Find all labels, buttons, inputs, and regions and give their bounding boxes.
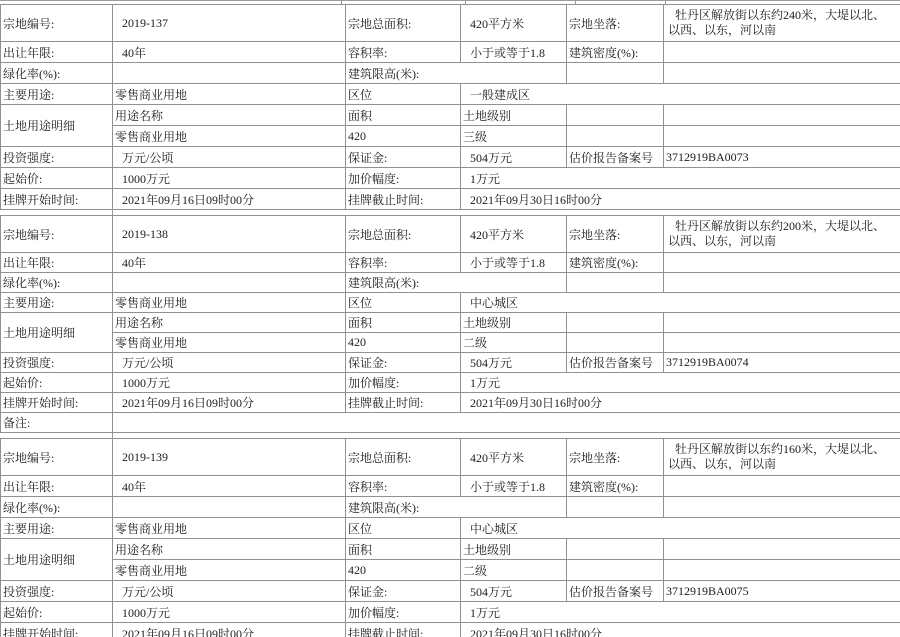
- label-area: 面积: [346, 313, 461, 333]
- label-location: 宗地坐落:: [567, 216, 664, 253]
- empty-cell: [567, 273, 664, 293]
- label-parcel-no: 宗地编号:: [1, 216, 113, 253]
- table-row: 出让年限: 40年 容积率: 小于或等于1.8 建筑密度(%):: [1, 42, 900, 63]
- value-land-grade: 二级: [461, 333, 567, 353]
- label-land-grade: 土地级别: [461, 313, 567, 333]
- value-tenure: 40年: [113, 476, 346, 497]
- table-row: 宗地编号: 2019-139 宗地总面积: 420平方米 宗地坐落: 牡丹区解放…: [1, 439, 900, 476]
- label-area: 面积: [346, 539, 461, 560]
- table-row: 投资强度: 万元/公顷 保证金: 504万元 估价报告备案号 3712919BA…: [1, 581, 900, 602]
- value-listing-end: 2021年09月30日16时00分: [461, 189, 900, 210]
- label-increment: 加价幅度:: [346, 602, 461, 623]
- table-row: 主要用途: 零售商业用地 区位 中心城区: [1, 518, 900, 539]
- table-row: 出让年限: 40年 容积率: 小于或等于1.8 建筑密度(%):: [1, 476, 900, 497]
- value-parcel-no: 2019-137: [113, 5, 346, 42]
- empty-cell: [664, 313, 900, 333]
- grid-line-stub: [112, 210, 113, 215]
- empty-cell: [664, 497, 900, 518]
- label-total-area: 宗地总面积:: [346, 216, 461, 253]
- value-listing-start: 2021年09月16日09时00分: [113, 189, 346, 210]
- table-row: 备注:: [1, 413, 900, 433]
- empty-cell: [567, 63, 664, 84]
- value-building-density: [664, 42, 900, 63]
- value-appraisal-no: 3712919BA0074: [664, 353, 900, 373]
- empty-cell: [664, 539, 900, 560]
- label-main-use: 主要用途:: [1, 84, 113, 105]
- empty-cell: [567, 126, 664, 147]
- value-plot-ratio: 小于或等于1.8: [461, 42, 567, 63]
- value-land-grade: 二级: [461, 560, 567, 581]
- value-use-name: 零售商业用地: [113, 126, 346, 147]
- label-listing-end: 挂牌截止时间:: [346, 189, 461, 210]
- table-row: 绿化率(%): 建筑限高(米):: [1, 63, 900, 84]
- value-plot-ratio: 小于或等于1.8: [461, 253, 567, 273]
- label-total-area: 宗地总面积:: [346, 439, 461, 476]
- label-main-use: 主要用途:: [1, 293, 113, 313]
- empty-cell: [567, 539, 664, 560]
- label-plot-ratio: 容积率:: [346, 476, 461, 497]
- value-building-density: [664, 253, 900, 273]
- value-plot-ratio: 小于或等于1.8: [461, 476, 567, 497]
- value-deposit: 504万元: [461, 147, 567, 168]
- label-appraisal-no: 估价报告备案号: [567, 353, 664, 373]
- label-greening-rate: 绿化率(%):: [1, 273, 113, 293]
- value-district: 中心城区: [461, 518, 900, 539]
- label-height-limit: 建筑限高(米):: [346, 273, 567, 293]
- value-total-area: 420平方米: [461, 439, 567, 476]
- label-building-density: 建筑密度(%):: [567, 42, 664, 63]
- table-row: 主要用途: 零售商业用地 区位 中心城区: [1, 293, 900, 313]
- grid-line-stub: [341, 1, 342, 4]
- value-location: 牡丹区解放街以东约240米，大堤以北、以西、以东，河以南: [664, 5, 900, 42]
- label-listing-start: 挂牌开始时间:: [1, 623, 113, 637]
- empty-cell: [664, 333, 900, 353]
- value-appraisal-no: 3712919BA0073: [664, 147, 900, 168]
- value-use-name: 零售商业用地: [113, 560, 346, 581]
- label-height-limit: 建筑限高(米):: [346, 63, 567, 84]
- table-row: 投资强度: 万元/公顷 保证金: 504万元 估价报告备案号 3712919BA…: [1, 147, 900, 168]
- label-tenure: 出让年限:: [1, 253, 113, 273]
- value-use-name: 零售商业用地: [113, 333, 346, 353]
- value-tenure: 40年: [113, 253, 346, 273]
- value-listing-end: 2021年09月30日16时00分: [461, 393, 900, 413]
- label-building-density: 建筑密度(%):: [567, 476, 664, 497]
- land-parcel-table-3: 宗地编号: 2019-139 宗地总面积: 420平方米 宗地坐落: 牡丹区解放…: [0, 438, 900, 637]
- value-increment: 1万元: [461, 168, 900, 189]
- value-total-area: 420平方米: [461, 216, 567, 253]
- value-greening-rate: [113, 497, 346, 518]
- value-use-area: 420: [346, 333, 461, 353]
- table-row: 挂牌开始时间: 2021年09月16日09时00分 挂牌截止时间: 2021年0…: [1, 393, 900, 413]
- grid-line-stub: [665, 1, 666, 4]
- label-height-limit: 建筑限高(米):: [346, 497, 567, 518]
- label-start-price: 起始价:: [1, 602, 113, 623]
- value-start-price: 1000万元: [113, 168, 346, 189]
- table-row: 起始价: 1000万元 加价幅度: 1万元: [1, 602, 900, 623]
- label-plot-ratio: 容积率:: [346, 42, 461, 63]
- empty-cell: [664, 105, 900, 126]
- table-row: 土地用途明细 用途名称 面积 土地级别: [1, 539, 900, 560]
- table-row: 绿化率(%): 建筑限高(米):: [1, 497, 900, 518]
- value-district: 中心城区: [461, 293, 900, 313]
- value-deposit: 504万元: [461, 353, 567, 373]
- label-land-grade: 土地级别: [461, 105, 567, 126]
- grid-line-stub: [575, 1, 576, 4]
- value-building-density: [664, 476, 900, 497]
- label-land-use-detail: 土地用途明细: [1, 105, 113, 147]
- cut-off-row-remnant: [0, 0, 900, 4]
- label-tenure: 出让年限:: [1, 42, 113, 63]
- block-separator: [0, 433, 900, 438]
- label-listing-end: 挂牌截止时间:: [346, 393, 461, 413]
- table-row: 投资强度: 万元/公顷 保证金: 504万元 估价报告备案号 3712919BA…: [1, 353, 900, 373]
- land-parcel-table-2: 宗地编号: 2019-138 宗地总面积: 420平方米 宗地坐落: 牡丹区解放…: [0, 215, 900, 433]
- label-increment: 加价幅度:: [346, 373, 461, 393]
- label-investment-intensity: 投资强度:: [1, 353, 113, 373]
- label-use-name: 用途名称: [113, 539, 346, 560]
- table-row: 起始价: 1000万元 加价幅度: 1万元: [1, 373, 900, 393]
- value-start-price: 1000万元: [113, 373, 346, 393]
- label-listing-start: 挂牌开始时间:: [1, 189, 113, 210]
- table-row: 土地用途明细 用途名称 面积 土地级别: [1, 313, 900, 333]
- label-parcel-no: 宗地编号:: [1, 439, 113, 476]
- label-appraisal-no: 估价报告备案号: [567, 147, 664, 168]
- label-use-name: 用途名称: [113, 313, 346, 333]
- value-listing-start: 2021年09月16日09时00分: [113, 393, 346, 413]
- empty-cell: [567, 560, 664, 581]
- label-increment: 加价幅度:: [346, 168, 461, 189]
- label-parcel-no: 宗地编号:: [1, 5, 113, 42]
- empty-cell: [664, 273, 900, 293]
- label-building-density: 建筑密度(%):: [567, 253, 664, 273]
- value-use-area: 420: [346, 126, 461, 147]
- table-row: 起始价: 1000万元 加价幅度: 1万元: [1, 168, 900, 189]
- table-row: 宗地编号: 2019-138 宗地总面积: 420平方米 宗地坐落: 牡丹区解放…: [1, 216, 900, 253]
- value-listing-end: 2021年09月30日16时00分: [461, 623, 900, 637]
- label-district: 区位: [346, 84, 461, 105]
- label-location: 宗地坐落:: [567, 5, 664, 42]
- value-remark: [113, 413, 900, 433]
- table-row: 出让年限: 40年 容积率: 小于或等于1.8 建筑密度(%):: [1, 253, 900, 273]
- value-location: 牡丹区解放街以东约200米，大堤以北、以西、以东，河以南: [664, 216, 900, 253]
- value-parcel-no: 2019-139: [113, 439, 346, 476]
- table-row: 绿化率(%): 建筑限高(米):: [1, 273, 900, 293]
- value-appraisal-no: 3712919BA0075: [664, 581, 900, 602]
- label-start-price: 起始价:: [1, 168, 113, 189]
- label-main-use: 主要用途:: [1, 518, 113, 539]
- value-investment-intensity: 万元/公顷: [113, 581, 346, 602]
- land-parcel-table-1: 宗地编号: 2019-137 宗地总面积: 420平方米 宗地坐落: 牡丹区解放…: [0, 4, 900, 210]
- label-deposit: 保证金:: [346, 353, 461, 373]
- value-greening-rate: [113, 63, 346, 84]
- value-parcel-no: 2019-138: [113, 216, 346, 253]
- value-increment: 1万元: [461, 602, 900, 623]
- value-use-area: 420: [346, 560, 461, 581]
- label-investment-intensity: 投资强度:: [1, 581, 113, 602]
- table-row: 土地用途明细 用途名称 面积 土地级别: [1, 105, 900, 126]
- empty-cell: [664, 126, 900, 147]
- value-greening-rate: [113, 273, 346, 293]
- value-main-use: 零售商业用地: [113, 84, 346, 105]
- table-row: 挂牌开始时间: 2021年09月16日09时00分 挂牌截止时间: 2021年0…: [1, 189, 900, 210]
- value-main-use: 零售商业用地: [113, 518, 346, 539]
- label-appraisal-no: 估价报告备案号: [567, 581, 664, 602]
- table-row: 宗地编号: 2019-137 宗地总面积: 420平方米 宗地坐落: 牡丹区解放…: [1, 5, 900, 42]
- table-row: 零售商业用地 420 二级: [1, 333, 900, 353]
- value-listing-start: 2021年09月16日09时00分: [113, 623, 346, 637]
- label-district: 区位: [346, 293, 461, 313]
- label-land-use-detail: 土地用途明细: [1, 313, 113, 353]
- value-tenure: 40年: [113, 42, 346, 63]
- table-row: 零售商业用地 420 三级: [1, 126, 900, 147]
- empty-cell: [664, 560, 900, 581]
- value-total-area: 420平方米: [461, 5, 567, 42]
- label-deposit: 保证金:: [346, 581, 461, 602]
- label-total-area: 宗地总面积:: [346, 5, 461, 42]
- value-location: 牡丹区解放街以东约160米，大堤以北、以西、以东，河以南: [664, 439, 900, 476]
- table-row: 挂牌开始时间: 2021年09月16日09时00分 挂牌截止时间: 2021年0…: [1, 623, 900, 637]
- label-land-grade: 土地级别: [461, 539, 567, 560]
- label-investment-intensity: 投资强度:: [1, 147, 113, 168]
- label-greening-rate: 绿化率(%):: [1, 63, 113, 84]
- label-greening-rate: 绿化率(%):: [1, 497, 113, 518]
- label-plot-ratio: 容积率:: [346, 253, 461, 273]
- value-deposit: 504万元: [461, 581, 567, 602]
- value-land-grade: 三级: [461, 126, 567, 147]
- value-investment-intensity: 万元/公顷: [113, 147, 346, 168]
- label-use-name: 用途名称: [113, 105, 346, 126]
- label-deposit: 保证金:: [346, 147, 461, 168]
- label-tenure: 出让年限:: [1, 476, 113, 497]
- label-area: 面积: [346, 105, 461, 126]
- label-listing-end: 挂牌截止时间:: [346, 623, 461, 637]
- empty-cell: [567, 105, 664, 126]
- value-district: 一般建成区: [461, 84, 900, 105]
- table-row: 主要用途: 零售商业用地 区位 一般建成区: [1, 84, 900, 105]
- block-separator: [0, 210, 900, 215]
- value-start-price: 1000万元: [113, 602, 346, 623]
- label-land-use-detail: 土地用途明细: [1, 539, 113, 581]
- empty-cell: [664, 63, 900, 84]
- label-district: 区位: [346, 518, 461, 539]
- empty-cell: [567, 313, 664, 333]
- value-increment: 1万元: [461, 373, 900, 393]
- label-remark: 备注:: [1, 413, 113, 433]
- value-investment-intensity: 万元/公顷: [113, 353, 346, 373]
- label-listing-start: 挂牌开始时间:: [1, 393, 113, 413]
- empty-cell: [567, 497, 664, 518]
- grid-line-stub: [112, 433, 113, 438]
- label-start-price: 起始价:: [1, 373, 113, 393]
- grid-line-stub: [465, 1, 466, 4]
- empty-cell: [567, 333, 664, 353]
- table-row: 零售商业用地 420 二级: [1, 560, 900, 581]
- value-main-use: 零售商业用地: [113, 293, 346, 313]
- label-location: 宗地坐落:: [567, 439, 664, 476]
